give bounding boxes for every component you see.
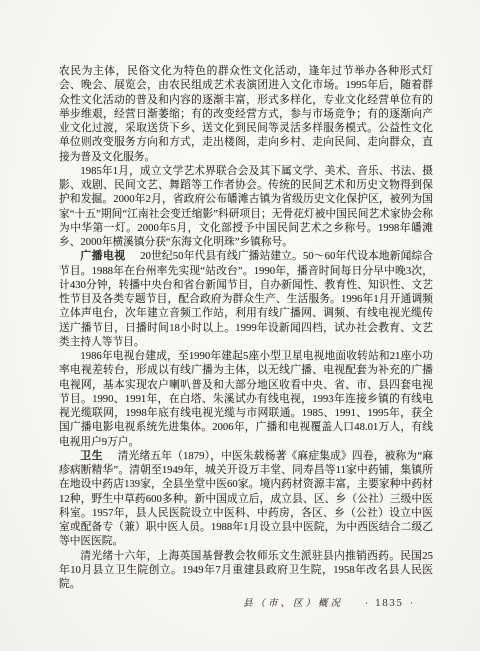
section-heading-health: 卫生: [80, 449, 103, 462]
footer-section-label: 县（市、区）概况: [243, 595, 343, 609]
paragraph-text: 1985年1月，成立文学艺术界联合会及其下属文学、美术、音乐、书法、摄影、戏剧、…: [59, 165, 433, 248]
page-footer: 县（市、区）概况 ·1835·: [243, 595, 413, 609]
section-heading-broadcast-tv: 广播电视: [80, 249, 125, 262]
body-text: 农民为主体，民俗文化为特色的群众性文化活动，逢年过节举办各种形式灯会、晚会、展览…: [59, 64, 433, 591]
paragraph-western-medicine: 清光绪十六年，上海英国基督教会牧师乐文生派驻县内推销西药。民国25年10月县立卫…: [59, 549, 433, 592]
page-number: ·1835·: [365, 598, 413, 609]
paragraph-television-network: 1986年电视台建成，至1990年建起5座小型卫星电视地面收转站和21座小功率电…: [59, 349, 433, 449]
paragraph-text: 1986年电视台建成，至1990年建起5座小型卫星电视地面收转站和21座小功率电…: [59, 350, 433, 448]
scanned-gazetteer-page: 农民为主体，民俗文化为特色的群众性文化活动，逢年过节举办各种形式灯会、晚会、展览…: [0, 0, 480, 651]
paragraph-text: 农民为主体，民俗文化为特色的群众性文化活动，逢年过节举办各种形式灯会、晚会、展览…: [59, 65, 433, 163]
paragraph-text: 清光绪十六年，上海英国基督教会牧师乐文生派驻县内推销西药。民国25年10月县立卫…: [59, 550, 433, 591]
paragraph-culture-associations: 1985年1月，成立文学艺术界联合会及其下属文学、美术、音乐、书法、摄影、戏剧、…: [59, 164, 433, 250]
paragraph-text: 20世纪50年代县有线广播站建立。50～60年代设本地新闻综合节目。1988年在…: [59, 250, 433, 348]
paragraph-broadcast-tv: 广播电视20世纪50年代县有线广播站建立。50～60年代设本地新闻综合节目。19…: [59, 249, 433, 349]
footer-right-dot: ·: [410, 599, 413, 609]
paragraph-culture-continuation: 农民为主体，民俗文化为特色的群众性文化活动，逢年过节举办各种形式灯会、晚会、展览…: [59, 64, 433, 164]
paragraph-text: 清光绪五年（1879），中医朱载杨著《麻症集成》四卷，被称为“麻疹病断精华”。清…: [59, 450, 433, 548]
paragraph-health: 卫生清光绪五年（1879），中医朱载杨著《麻症集成》四卷，被称为“麻疹病断精华”…: [59, 449, 433, 549]
footer-page-number: 1835: [375, 598, 403, 609]
footer-left-dot: ·: [365, 599, 368, 609]
